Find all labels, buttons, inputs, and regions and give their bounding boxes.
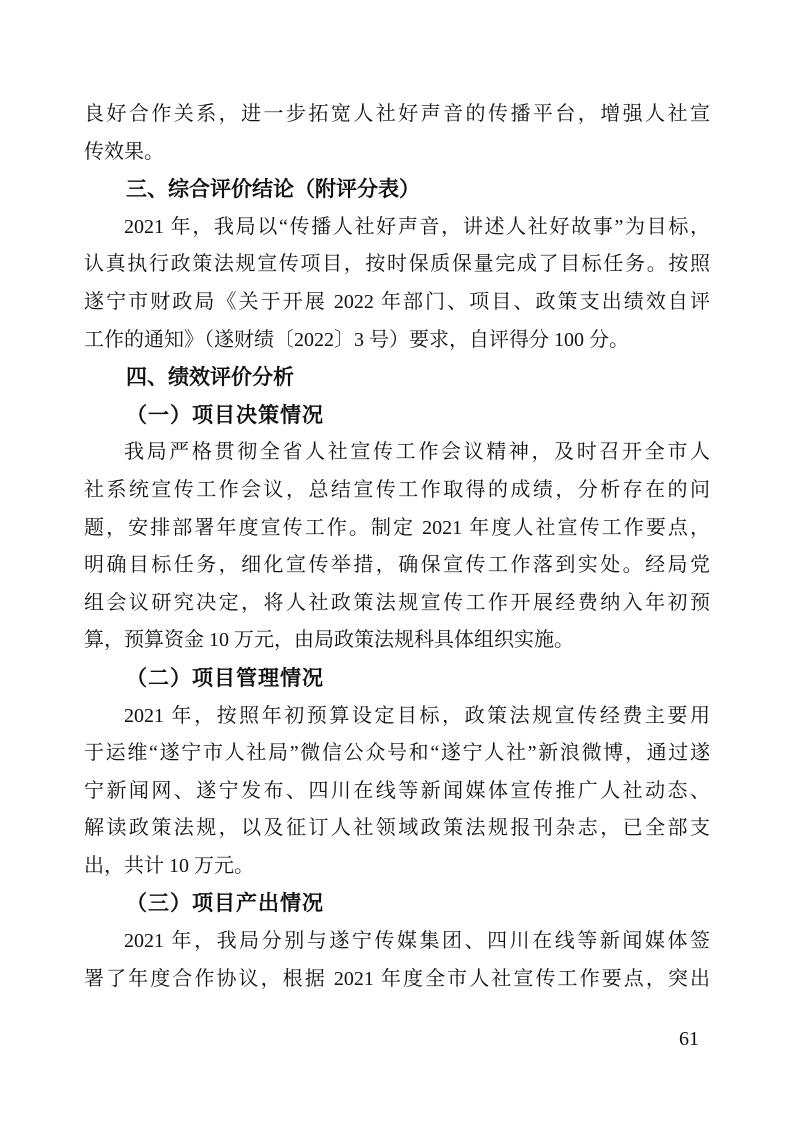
- heading-section-4-1: （一）项目决策情况: [84, 397, 710, 435]
- heading-section-4-3: （三）项目产出情况: [84, 885, 710, 923]
- paragraph-line: 2021 年，我局以“传播人社好声音，讲述人社好故事”为目标，: [84, 209, 710, 247]
- paragraph-line: 宁新闻网、遂宁发布、四川在线等新闻媒体宣传推广人社动态、: [84, 773, 710, 811]
- document-body: 良好合作关系，进一步拓宽人社好声音的传播平台，增强人社宣 传效果。 三、综合评价…: [84, 96, 710, 998]
- paragraph-line: 良好合作关系，进一步拓宽人社好声音的传播平台，增强人社宣: [84, 96, 710, 134]
- paragraph-line: 明确目标任务，细化宣传举措，确保宣传工作落到实处。经局党: [84, 547, 710, 585]
- paragraph-line: 组会议研究决定，将人社政策法规宣传工作开展经费纳入年初预: [84, 585, 710, 623]
- heading-section-3: 三、综合评价结论（附评分表）: [84, 171, 710, 209]
- paragraph-line: 2021 年，按照年初预算设定目标，政策法规宣传经费主要用: [84, 698, 710, 736]
- paragraph-line: 传效果。: [84, 134, 710, 172]
- heading-section-4: 四、绩效评价分析: [84, 359, 710, 397]
- heading-section-4-2: （二）项目管理情况: [84, 660, 710, 698]
- paragraph-line: 于运维“遂宁市人社局”微信公众号和“遂宁人社”新浪微博，通过遂: [84, 735, 710, 773]
- paragraph-intro-continued: 良好合作关系，进一步拓宽人社好声音的传播平台，增强人社宣 传效果。: [84, 96, 710, 171]
- document-page: 良好合作关系，进一步拓宽人社好声音的传播平台，增强人社宣 传效果。 三、综合评价…: [0, 0, 793, 1122]
- paragraph-line: 2021 年，我局分别与遂宁传媒集团、四川在线等新闻媒体签: [84, 923, 710, 961]
- paragraph-line: 工作的通知》（遂财绩〔2022〕3 号）要求，自评得分 100 分。: [84, 322, 710, 360]
- paragraph-management: 2021 年，按照年初预算设定目标，政策法规宣传经费主要用 于运维“遂宁市人社局…: [84, 698, 710, 886]
- paragraph-line: 社系统宣传工作会议，总结宣传工作取得的成绩，分析存在的问: [84, 472, 710, 510]
- paragraph-line: 出，共计 10 万元。: [84, 848, 710, 886]
- paragraph-conclusion: 2021 年，我局以“传播人社好声音，讲述人社好故事”为目标， 认真执行政策法规…: [84, 209, 710, 359]
- paragraph-line: 遂宁市财政局《关于开展 2022 年部门、项目、政策支出绩效自评: [84, 284, 710, 322]
- paragraph-line: 题，安排部署年度宣传工作。制定 2021 年度人社宣传工作要点，: [84, 510, 710, 548]
- paragraph-line: 认真执行政策法规宣传项目，按时保质保量完成了目标任务。按照: [84, 246, 710, 284]
- paragraph-output: 2021 年，我局分别与遂宁传媒集团、四川在线等新闻媒体签 署了年度合作协议，根…: [84, 923, 710, 998]
- page-number: 61: [679, 1026, 699, 1052]
- paragraph-line: 解读政策法规，以及征订人社领域政策法规报刊杂志，已全部支: [84, 810, 710, 848]
- paragraph-decision: 我局严格贯彻全省人社宣传工作会议精神，及时召开全市人 社系统宣传工作会议，总结宣…: [84, 434, 710, 660]
- paragraph-line: 算，预算资金 10 万元，由局政策法规科具体组织实施。: [84, 622, 710, 660]
- paragraph-line: 我局严格贯彻全省人社宣传工作会议精神，及时召开全市人: [84, 434, 710, 472]
- paragraph-line: 署了年度合作协议，根据 2021 年度全市人社宣传工作要点，突出: [84, 961, 710, 999]
